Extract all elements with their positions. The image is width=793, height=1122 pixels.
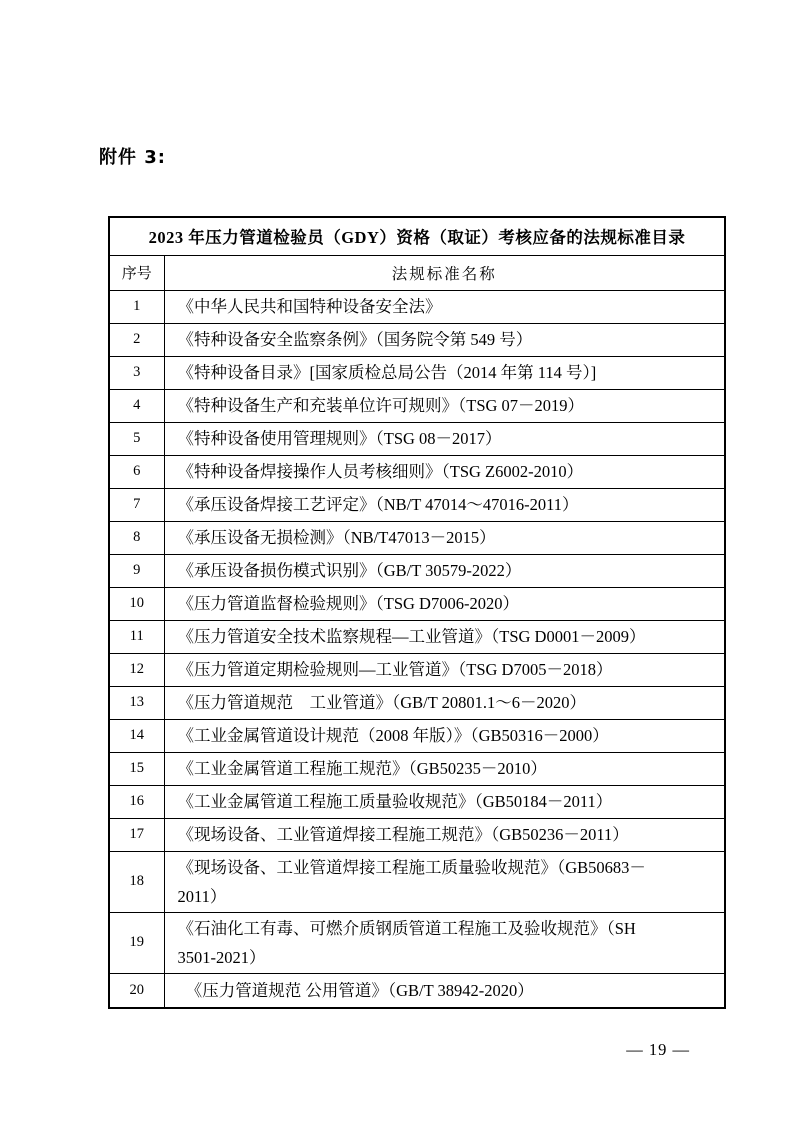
row-name: 《承压设备损伤模式识别》（GB/T 30579-2022） [164, 554, 725, 587]
table-row: 16 《工业金属管道工程施工质量验收规范》（GB50184－2011） [109, 785, 725, 818]
table-row: 20 《压力管道规范 公用管道》（GB/T 38942-2020） [109, 973, 725, 1008]
table-header-row: 序号 法规标准名称 [109, 255, 725, 290]
table-row: 1 《中华人民共和国特种设备安全法》 [109, 290, 725, 323]
row-name: 《压力管道定期检验规则—工业管道》（TSG D7005－2018） [164, 653, 725, 686]
table-row: 8 《承压设备无损检测》（NB/T47013－2015） [109, 521, 725, 554]
row-name: 《现场设备、工业管道焊接工程施工规范》（GB50236－2011） [164, 818, 725, 851]
row-number: 17 [109, 818, 164, 851]
row-name: 《石油化工有毒、可燃介质钢质管道工程施工及验收规范》（SH 3501-2021） [164, 912, 725, 973]
table-row: 19 《石油化工有毒、可燃介质钢质管道工程施工及验收规范》（SH 3501-20… [109, 912, 725, 973]
row-number: 20 [109, 973, 164, 1008]
table-row: 6 《特种设备焊接操作人员考核细则》（TSG Z6002-2010） [109, 455, 725, 488]
page-number: — 19 — [0, 1040, 690, 1060]
row-name: 《中华人民共和国特种设备安全法》 [164, 290, 725, 323]
row-number: 5 [109, 422, 164, 455]
row-name: 《特种设备目录》[国家质检总局公告（2014 年第 114 号）] [164, 356, 725, 389]
table-row: 5 《特种设备使用管理规则》（TSG 08－2017） [109, 422, 725, 455]
row-name: 《压力管道监督检验规则》（TSG D7006-2020） [164, 587, 725, 620]
row-name: 《特种设备安全监察条例》（国务院令第 549 号） [164, 323, 725, 356]
row-name: 《特种设备生产和充装单位许可规则》（TSG 07－2019） [164, 389, 725, 422]
table-row: 4 《特种设备生产和充装单位许可规则》（TSG 07－2019） [109, 389, 725, 422]
row-number: 3 [109, 356, 164, 389]
row-name: 《工业金属管道设计规范（2008 年版）》（GB50316－2000） [164, 719, 725, 752]
table-row: 2 《特种设备安全监察条例》（国务院令第 549 号） [109, 323, 725, 356]
row-number: 13 [109, 686, 164, 719]
row-name: 《现场设备、工业管道焊接工程施工质量验收规范》（GB50683－ 2011） [164, 851, 725, 912]
table-row: 7 《承压设备焊接工艺评定》（NB/T 47014～47016-2011） [109, 488, 725, 521]
row-name: 《压力管道规范 公用管道》（GB/T 38942-2020） [164, 973, 725, 1008]
table-row: 11 《压力管道安全技术监察规程—工业管道》（TSG D0001－2009） [109, 620, 725, 653]
row-number: 4 [109, 389, 164, 422]
table-title: 2023 年压力管道检验员（GDY）资格（取证）考核应备的法规标准目录 [109, 217, 725, 255]
row-name: 《承压设备无损检测》（NB/T47013－2015） [164, 521, 725, 554]
row-number: 15 [109, 752, 164, 785]
table-row: 13 《压力管道规范 工业管道》（GB/T 20801.1～6－2020） [109, 686, 725, 719]
regulations-table: 2023 年压力管道检验员（GDY）资格（取证）考核应备的法规标准目录 序号 法… [108, 216, 726, 1009]
table-row: 14 《工业金属管道设计规范（2008 年版）》（GB50316－2000） [109, 719, 725, 752]
row-number: 8 [109, 521, 164, 554]
row-number: 6 [109, 455, 164, 488]
table-row: 10 《压力管道监督检验规则》（TSG D7006-2020） [109, 587, 725, 620]
header-name: 法规标准名称 [164, 255, 725, 290]
row-name: 《工业金属管道工程施工规范》（GB50235－2010） [164, 752, 725, 785]
row-number: 16 [109, 785, 164, 818]
table-row: 18 《现场设备、工业管道焊接工程施工质量验收规范》（GB50683－ 2011… [109, 851, 725, 912]
row-number: 11 [109, 620, 164, 653]
row-name: 《特种设备焊接操作人员考核细则》（TSG Z6002-2010） [164, 455, 725, 488]
row-number: 1 [109, 290, 164, 323]
table-row: 17 《现场设备、工业管道焊接工程施工规范》（GB50236－2011） [109, 818, 725, 851]
row-number: 7 [109, 488, 164, 521]
table-row: 9 《承压设备损伤模式识别》（GB/T 30579-2022） [109, 554, 725, 587]
table-row: 15 《工业金属管道工程施工规范》（GB50235－2010） [109, 752, 725, 785]
table-row: 12 《压力管道定期检验规则—工业管道》（TSG D7005－2018） [109, 653, 725, 686]
row-name: 《压力管道规范 工业管道》（GB/T 20801.1～6－2020） [164, 686, 725, 719]
row-name: 《承压设备焊接工艺评定》（NB/T 47014～47016-2011） [164, 488, 725, 521]
row-number: 10 [109, 587, 164, 620]
attachment-label: 附件 3: [99, 143, 166, 169]
row-number: 14 [109, 719, 164, 752]
row-name: 《压力管道安全技术监察规程—工业管道》（TSG D0001－2009） [164, 620, 725, 653]
row-number: 12 [109, 653, 164, 686]
row-number: 19 [109, 912, 164, 973]
row-number: 9 [109, 554, 164, 587]
row-name: 《特种设备使用管理规则》（TSG 08－2017） [164, 422, 725, 455]
row-name: 《工业金属管道工程施工质量验收规范》（GB50184－2011） [164, 785, 725, 818]
row-number: 2 [109, 323, 164, 356]
row-number: 18 [109, 851, 164, 912]
header-no: 序号 [109, 255, 164, 290]
table-row: 3 《特种设备目录》[国家质检总局公告（2014 年第 114 号）] [109, 356, 725, 389]
table-title-row: 2023 年压力管道检验员（GDY）资格（取证）考核应备的法规标准目录 [109, 217, 725, 255]
